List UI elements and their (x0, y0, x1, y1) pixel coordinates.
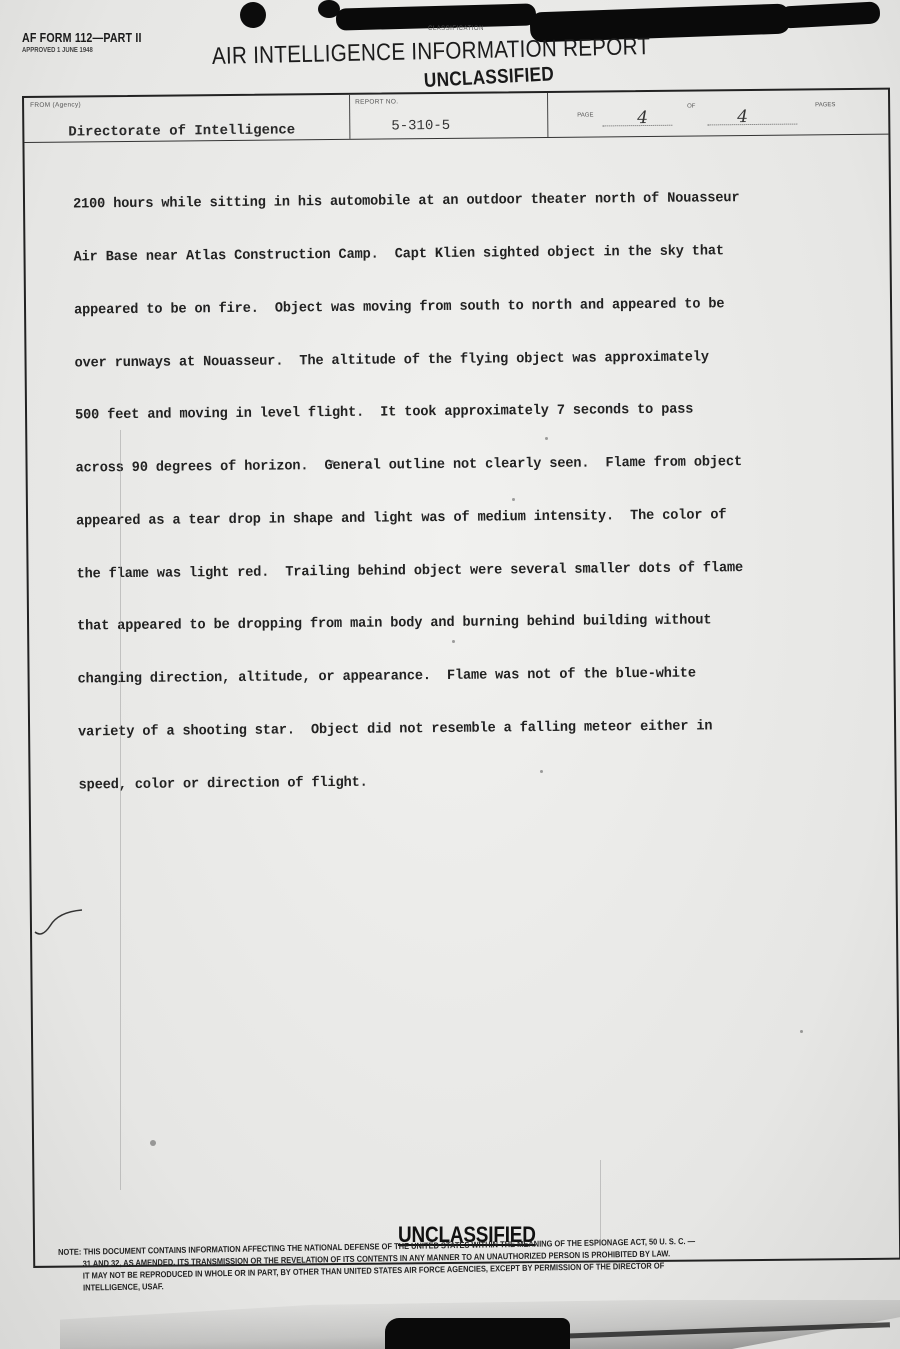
scan-speck (452, 640, 455, 643)
report-title: AIR INTELLIGENCE INFORMATION REPORT (212, 33, 651, 71)
from-agency-value: Directorate of Intelligence (68, 122, 295, 140)
body-line: changing direction, altitude, or appeara… (78, 664, 837, 689)
scan-speck (800, 1030, 803, 1033)
form-header-row: FROM (Agency) Directorate of Intelligenc… (24, 90, 888, 143)
page-label: PAGE (577, 113, 593, 119)
scan-fold-line (600, 1160, 601, 1240)
body-line: appeared to be on fire. Object was movin… (74, 295, 833, 320)
report-no-label: REPORT NO. (355, 98, 398, 105)
body-line: 500 feet and moving in level flight. It … (75, 401, 834, 426)
body-line: speed, color or direction of flight. (79, 770, 838, 795)
body-line: over runways at Nouasseur. The altitude … (74, 348, 833, 373)
body-line: appeared as a tear drop in shape and lig… (76, 506, 835, 531)
scan-speck (330, 460, 334, 464)
form-frame: FROM (Agency) Directorate of Intelligenc… (22, 88, 900, 1268)
report-number-value: 5-310-5 (391, 118, 450, 135)
form-identifier: AF FORM 112—PART II (22, 30, 142, 45)
scan-fold-line (120, 430, 121, 1190)
scan-speck (512, 498, 515, 501)
scanned-document-page: AF FORM 112—PART II APPROVED 1 JUNE 1948… (0, 0, 900, 1349)
form-approval-date: APPROVED 1 JUNE 1948 (22, 47, 93, 54)
body-line: that appeared to be dropping from main b… (77, 612, 836, 637)
total-pages-number: 4 (737, 107, 748, 127)
classification-stamp-top: UNCLASSIFIED (423, 63, 554, 93)
pages-label: PAGES (815, 102, 835, 108)
classification-caption: CLASSIFICATION (428, 26, 484, 32)
redaction-blot-dot (240, 2, 266, 28)
report-number-cell: REPORT NO. 5-310-5 (349, 93, 548, 139)
redaction-bar-bottom (385, 1318, 570, 1349)
body-line: 2100 hours while sitting in his automobi… (73, 189, 832, 214)
report-body-text: 2100 hours while sitting in his automobi… (73, 154, 869, 830)
body-line: the flame was light red. Trailing behind… (77, 559, 836, 584)
total-pages-underline (707, 124, 797, 126)
from-cell: FROM (Agency) Directorate of Intelligenc… (24, 95, 350, 142)
scan-speck (545, 437, 548, 440)
body-line: variety of a shooting star. Object did n… (78, 717, 837, 742)
scan-speck (150, 1140, 156, 1146)
pen-mark-icon (30, 900, 90, 940)
body-line: across 90 degrees of horizon. General ou… (76, 453, 835, 478)
scan-speck (540, 770, 543, 773)
page-number: 4 (637, 108, 648, 128)
body-line: Air Base near Atlas Construction Camp. C… (73, 242, 832, 267)
from-label: FROM (Agency) (30, 101, 81, 108)
scan-speck (690, 560, 693, 563)
redaction-bar-top-edge (779, 1, 880, 28)
of-label: OF (687, 104, 695, 110)
page-count-cell: PAGE 4 OF 4 PAGES (547, 90, 888, 137)
